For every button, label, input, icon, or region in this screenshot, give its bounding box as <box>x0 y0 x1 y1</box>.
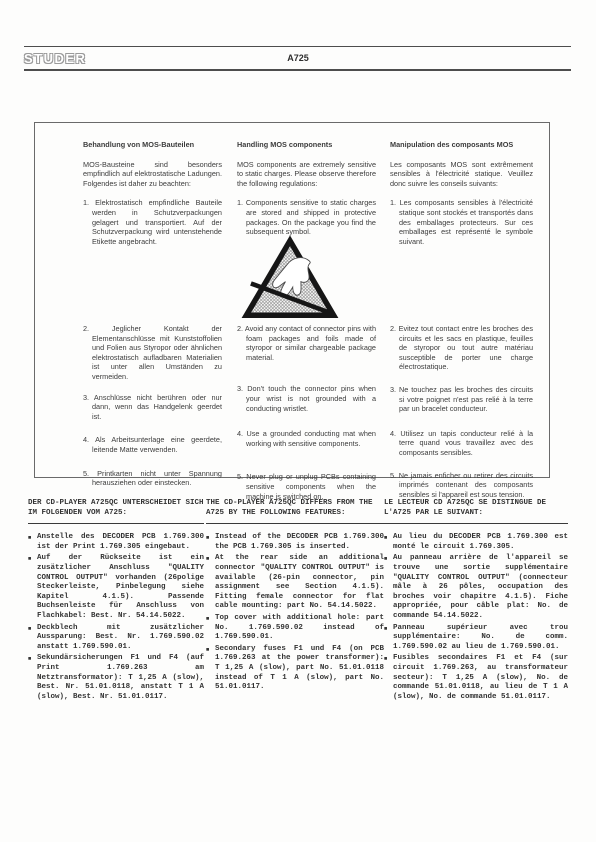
mos-item: 5. Never plug or unplug PCBs containing … <box>237 472 376 501</box>
diff-item-text: Au panneau arrière de l'appareil se trou… <box>393 554 568 621</box>
diff-item-text: Au lieu du DECODER PCB 1.769.300 est mon… <box>393 533 568 552</box>
square-bullet-icon: ■ <box>206 554 215 612</box>
list-item: ■ Sekundärsicherungen F1 und F4 (auf Pri… <box>28 654 204 702</box>
mos-item: 3. Anschlüsse nicht berühren oder nur da… <box>83 393 222 422</box>
list-item: ■ Fusibles secondaires F1 et F4 (sur cir… <box>384 654 568 702</box>
list-item: ■ Au lieu du DECODER PCB 1.769.300 est m… <box>384 533 568 552</box>
mos-item: 2. Jeglicher Kontakt der Elementanschlüs… <box>83 324 222 382</box>
square-bullet-icon: ■ <box>28 654 37 702</box>
square-bullet-icon: ■ <box>384 654 393 702</box>
diff-item-text: Fusibles secondaires F1 et F4 (sur circu… <box>393 654 568 702</box>
header-divider-bottom <box>24 69 571 71</box>
mos-title-english: Handling MOS components <box>237 140 376 150</box>
square-bullet-icon: ■ <box>384 624 393 653</box>
mos-item: 1. Les composants sensibles à l'électric… <box>390 198 533 246</box>
diff-column-german: DER CD-PLAYER A725QC UNTERSCHEIDET SICH … <box>28 499 204 704</box>
diff-item-text: Anstelle des DECODER PCB 1.769.300 ist d… <box>37 533 204 552</box>
list-item: ■ Instead of the DECODER PCB 1.769.300 t… <box>206 533 384 552</box>
mos-item: 2. Avoid any contact of connector pins w… <box>237 324 376 362</box>
mos-items-german: 2. Jeglicher Kontakt der Elementanschlüs… <box>83 324 222 499</box>
mos-title-german: Behandlung von MOS-Bauteilen <box>83 140 222 150</box>
mos-item: 4. Use a grounded conducting mat when wo… <box>237 429 376 448</box>
diff-item-text: Deckblech mit zusätzlicher Aussparung: B… <box>37 624 204 653</box>
diff-column-english: THE CD-PLAYER A725QC DIFFERS FROM THE A7… <box>206 499 384 695</box>
diff-heading-french: LE LECTEUR CD A725QC SE DISTINGUE DE L'A… <box>384 499 568 524</box>
diff-item-text: Instead of the DECODER PCB 1.769.300 the… <box>215 533 384 552</box>
mos-item: 4. Als Arbeitsunterlage eine geerdete, l… <box>83 435 222 454</box>
mos-item: 4. Utilisez un tapis conducteur relié à … <box>390 429 533 458</box>
square-bullet-icon: ■ <box>206 614 215 643</box>
diff-item-text: Panneau supérieur avec trou supplémentai… <box>393 624 568 653</box>
mos-column-german: Behandlung von MOS-Bauteilen MOS-Baustei… <box>83 140 222 460</box>
diff-item-text: Auf der Rückseite ist ein zusätzlicher A… <box>37 554 204 621</box>
list-item: ■ Top cover with additional hole: part N… <box>206 614 384 643</box>
mos-item: 3. Ne touchez pas les broches des circui… <box>390 385 533 414</box>
diff-heading-english: THE CD-PLAYER A725QC DIFFERS FROM THE A7… <box>206 499 384 524</box>
diff-item-text: Sekundärsicherungen F1 und F4 (auf Print… <box>37 654 204 702</box>
square-bullet-icon: ■ <box>384 533 393 552</box>
mos-item: 1. Elektrostatisch empfindliche Bauteile… <box>83 198 222 246</box>
header-divider-top <box>24 46 571 47</box>
square-bullet-icon: ■ <box>206 533 215 552</box>
mos-item: 2. Evitez tout contact entre les broches… <box>390 324 533 372</box>
list-item: ■ Au panneau arrière de l'appareil se tr… <box>384 554 568 621</box>
square-bullet-icon: ■ <box>28 533 37 552</box>
diff-heading-german: DER CD-PLAYER A725QC UNTERSCHEIDET SICH … <box>28 499 204 524</box>
list-item: ■ Secondary fuses F1 und F4 (on PCB 1.76… <box>206 645 384 693</box>
diff-item-text: Secondary fuses F1 und F4 (on PCB 1.769.… <box>215 645 384 693</box>
diff-item-text: Top cover with additional hole: part No.… <box>215 614 384 643</box>
mos-intro-german: MOS-Bausteine sind besonders empfindlich… <box>83 160 222 189</box>
mos-intro-english: MOS components are extremely sensitive t… <box>237 160 376 189</box>
mos-items-english: 2. Avoid any contact of connector pins w… <box>237 324 376 512</box>
mos-column-french: Manipulation des composants MOS Les comp… <box>390 140 533 460</box>
list-item: ■ At the rear side an additional connect… <box>206 554 384 612</box>
mos-notice-box: Behandlung von MOS-Bauteilen MOS-Baustei… <box>34 122 550 478</box>
mos-items-french: 2. Evitez tout contact entre les broches… <box>390 324 533 510</box>
square-bullet-icon: ■ <box>206 645 215 693</box>
esd-warning-icon <box>240 233 340 323</box>
mos-title-french: Manipulation des composants MOS <box>390 140 533 150</box>
mos-item: 3. Don't touch the connector pins when y… <box>237 384 376 413</box>
list-item: ■ Auf der Rückseite ist ein zusätzlicher… <box>28 554 204 621</box>
square-bullet-icon: ■ <box>28 624 37 653</box>
list-item: ■ Anstelle des DECODER PCB 1.769.300 ist… <box>28 533 204 552</box>
square-bullet-icon: ■ <box>384 554 393 621</box>
list-item: ■ Panneau supérieur avec trou supplément… <box>384 624 568 653</box>
page-title: A725 <box>0 53 596 63</box>
mos-intro-french: Les composants MOS sont extrêmement sens… <box>390 160 533 189</box>
mos-item: 5. Printkarten nicht unter Spannung hera… <box>83 469 222 488</box>
mos-item: 1. Components sensitive to static charge… <box>237 198 376 236</box>
diff-item-text: At the rear side an additional connector… <box>215 554 384 612</box>
diff-column-french: LE LECTEUR CD A725QC SE DISTINGUE DE L'A… <box>384 499 568 704</box>
list-item: ■ Deckblech mit zusätzlicher Aussparung:… <box>28 624 204 653</box>
mos-item: 5. Ne jamais enficher ou retirer des cir… <box>390 471 533 500</box>
manual-page: STUDER A725 Behandlung von MOS-Bauteilen… <box>0 0 596 842</box>
square-bullet-icon: ■ <box>28 554 37 621</box>
